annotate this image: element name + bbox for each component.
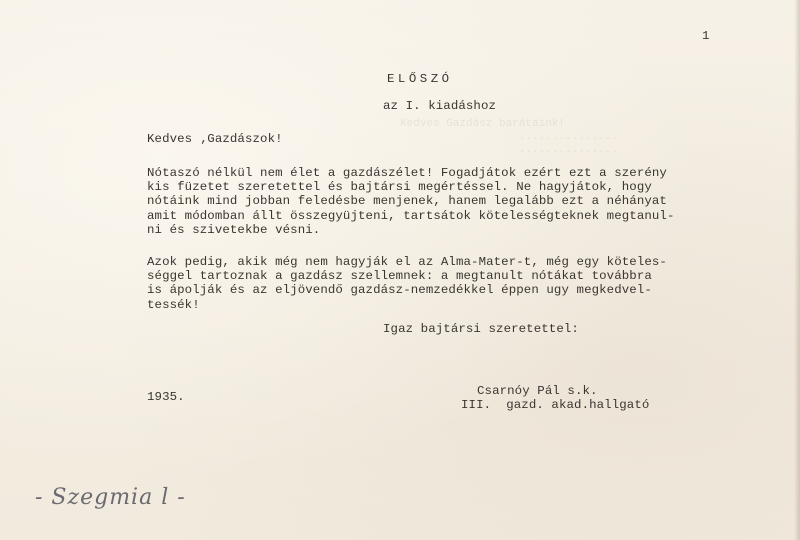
paragraph-1: Nótaszó nélkül nem élet a gazdászélet! F… xyxy=(147,166,675,237)
bleed-through-text: Kedves Gazdász barátaink! ..............… xyxy=(400,118,618,157)
page-subtitle: az I. kiadáshoz xyxy=(383,99,496,113)
greeting: Kedves ‚Gazdászok! xyxy=(147,132,283,146)
signature-name: Csarnóy Pál s.k. xyxy=(477,384,598,398)
paragraph-2: Azok pedig, akik még nem hagyják el az A… xyxy=(147,255,667,312)
page-edge-shadow xyxy=(794,0,800,540)
signature-title: III. gazd. akad.hallgató xyxy=(461,398,649,412)
page-number: 1 xyxy=(702,29,710,43)
page-title: ELŐSZÓ xyxy=(387,72,453,86)
closing-line: Igaz bajtársi szeretettel: xyxy=(383,322,579,336)
handwritten-note: - Szegmia l - xyxy=(35,485,186,510)
year: 1935. xyxy=(147,390,185,404)
